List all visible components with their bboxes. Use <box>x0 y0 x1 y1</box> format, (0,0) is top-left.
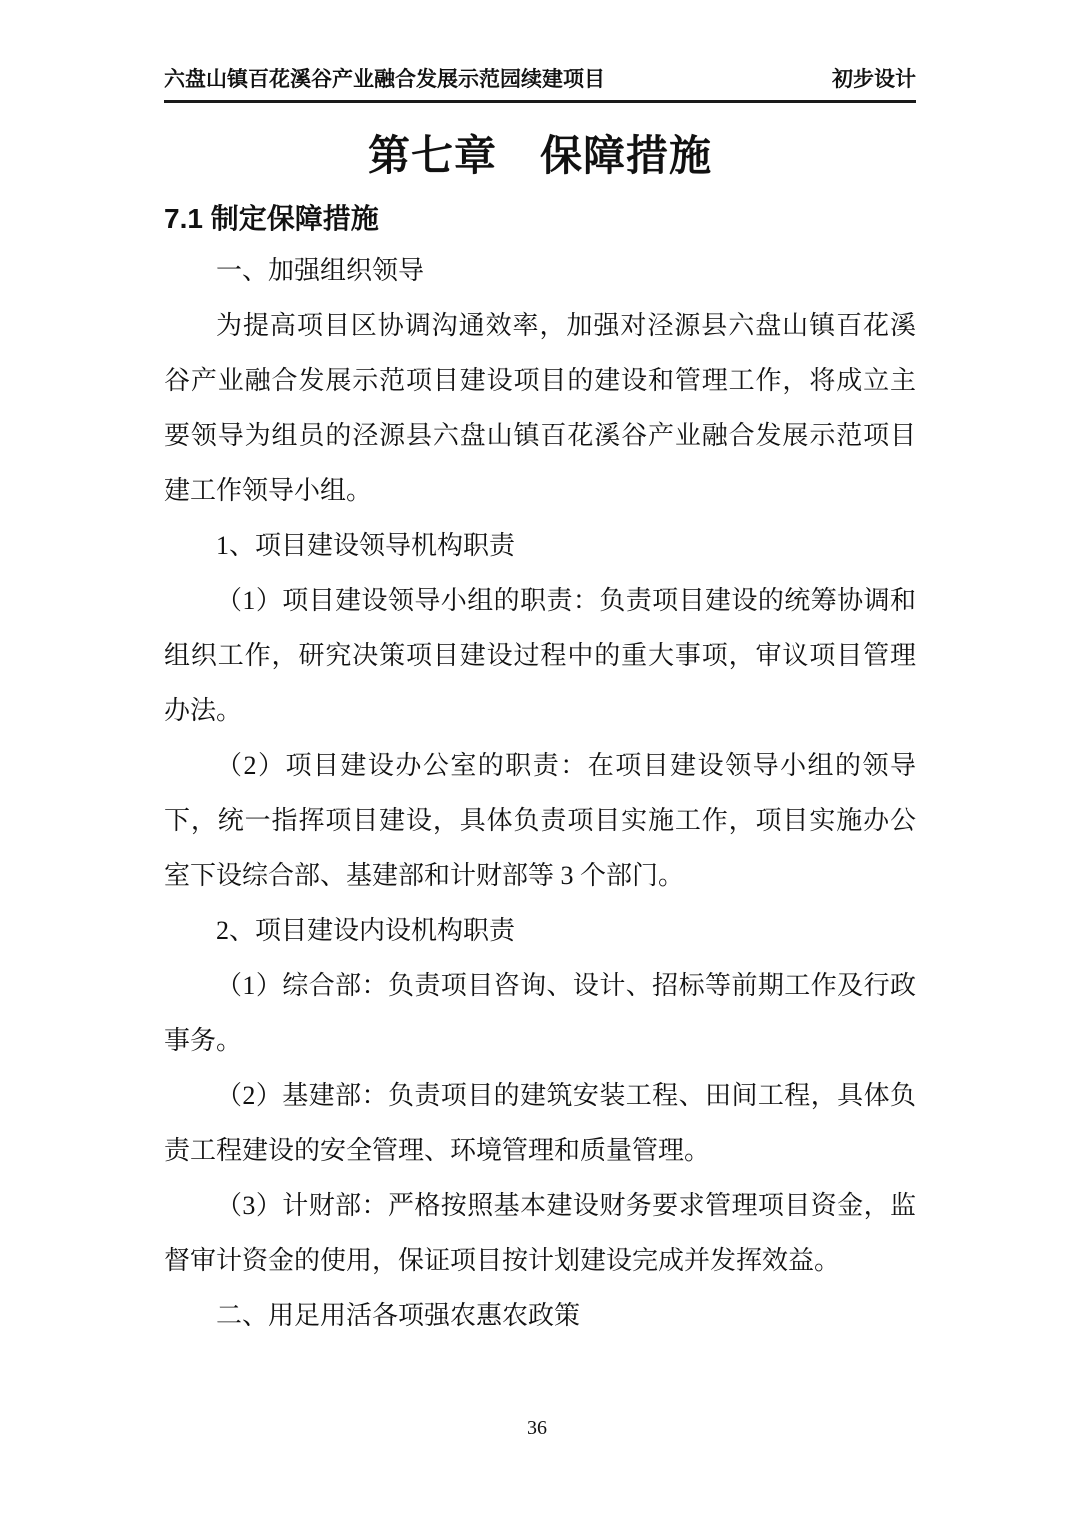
document-page: 六盘山镇百花溪谷产业融合发展示范园续建项目 初步设计 第七章 保障措施 7.1 … <box>0 0 1074 1520</box>
page-number: 36 <box>0 1417 1074 1440</box>
section-heading: 7.1 制定保障措施 <box>164 203 916 235</box>
paragraph: 一、加强组织领导 <box>164 243 916 298</box>
paragraph: （2）基建部：负责项目的建筑安装工程、田间工程，具体负责工程建设的安全管理、环境… <box>164 1068 916 1178</box>
body-paragraphs: 一、加强组织领导为提高项目区协调沟通效率，加强对泾源县六盘山镇百花溪谷产业融合发… <box>164 243 916 1343</box>
paragraph: 2、项目建设内设机构职责 <box>164 903 916 958</box>
paragraph: （1）综合部：负责项目咨询、设计、招标等前期工作及行政事务。 <box>164 958 916 1068</box>
paragraph: 1、项目建设领导机构职责 <box>164 518 916 573</box>
paragraph: （1）项目建设领导小组的职责：负责项目建设的统筹协调和组织工作，研究决策项目建设… <box>164 573 916 738</box>
paragraph: 为提高项目区协调沟通效率，加强对泾源县六盘山镇百花溪谷产业融合发展示范项目建设项… <box>164 298 916 518</box>
page-header: 六盘山镇百花溪谷产业融合发展示范园续建项目 初步设计 <box>164 68 916 103</box>
paragraph: （3）计财部：严格按照基本建设财务要求管理项目资金，监督审计资金的使用，保证项目… <box>164 1178 916 1288</box>
header-project-title: 六盘山镇百花溪谷产业融合发展示范园续建项目 <box>164 68 605 92</box>
paragraph: 二、用足用活各项强农惠农政策 <box>164 1288 916 1343</box>
chapter-title: 第七章 保障措施 <box>164 131 916 181</box>
paragraph: （2）项目建设办公室的职责：在项目建设领导小组的领导下，统一指挥项目建设，具体负… <box>164 738 916 903</box>
header-doc-stage: 初步设计 <box>832 68 916 92</box>
